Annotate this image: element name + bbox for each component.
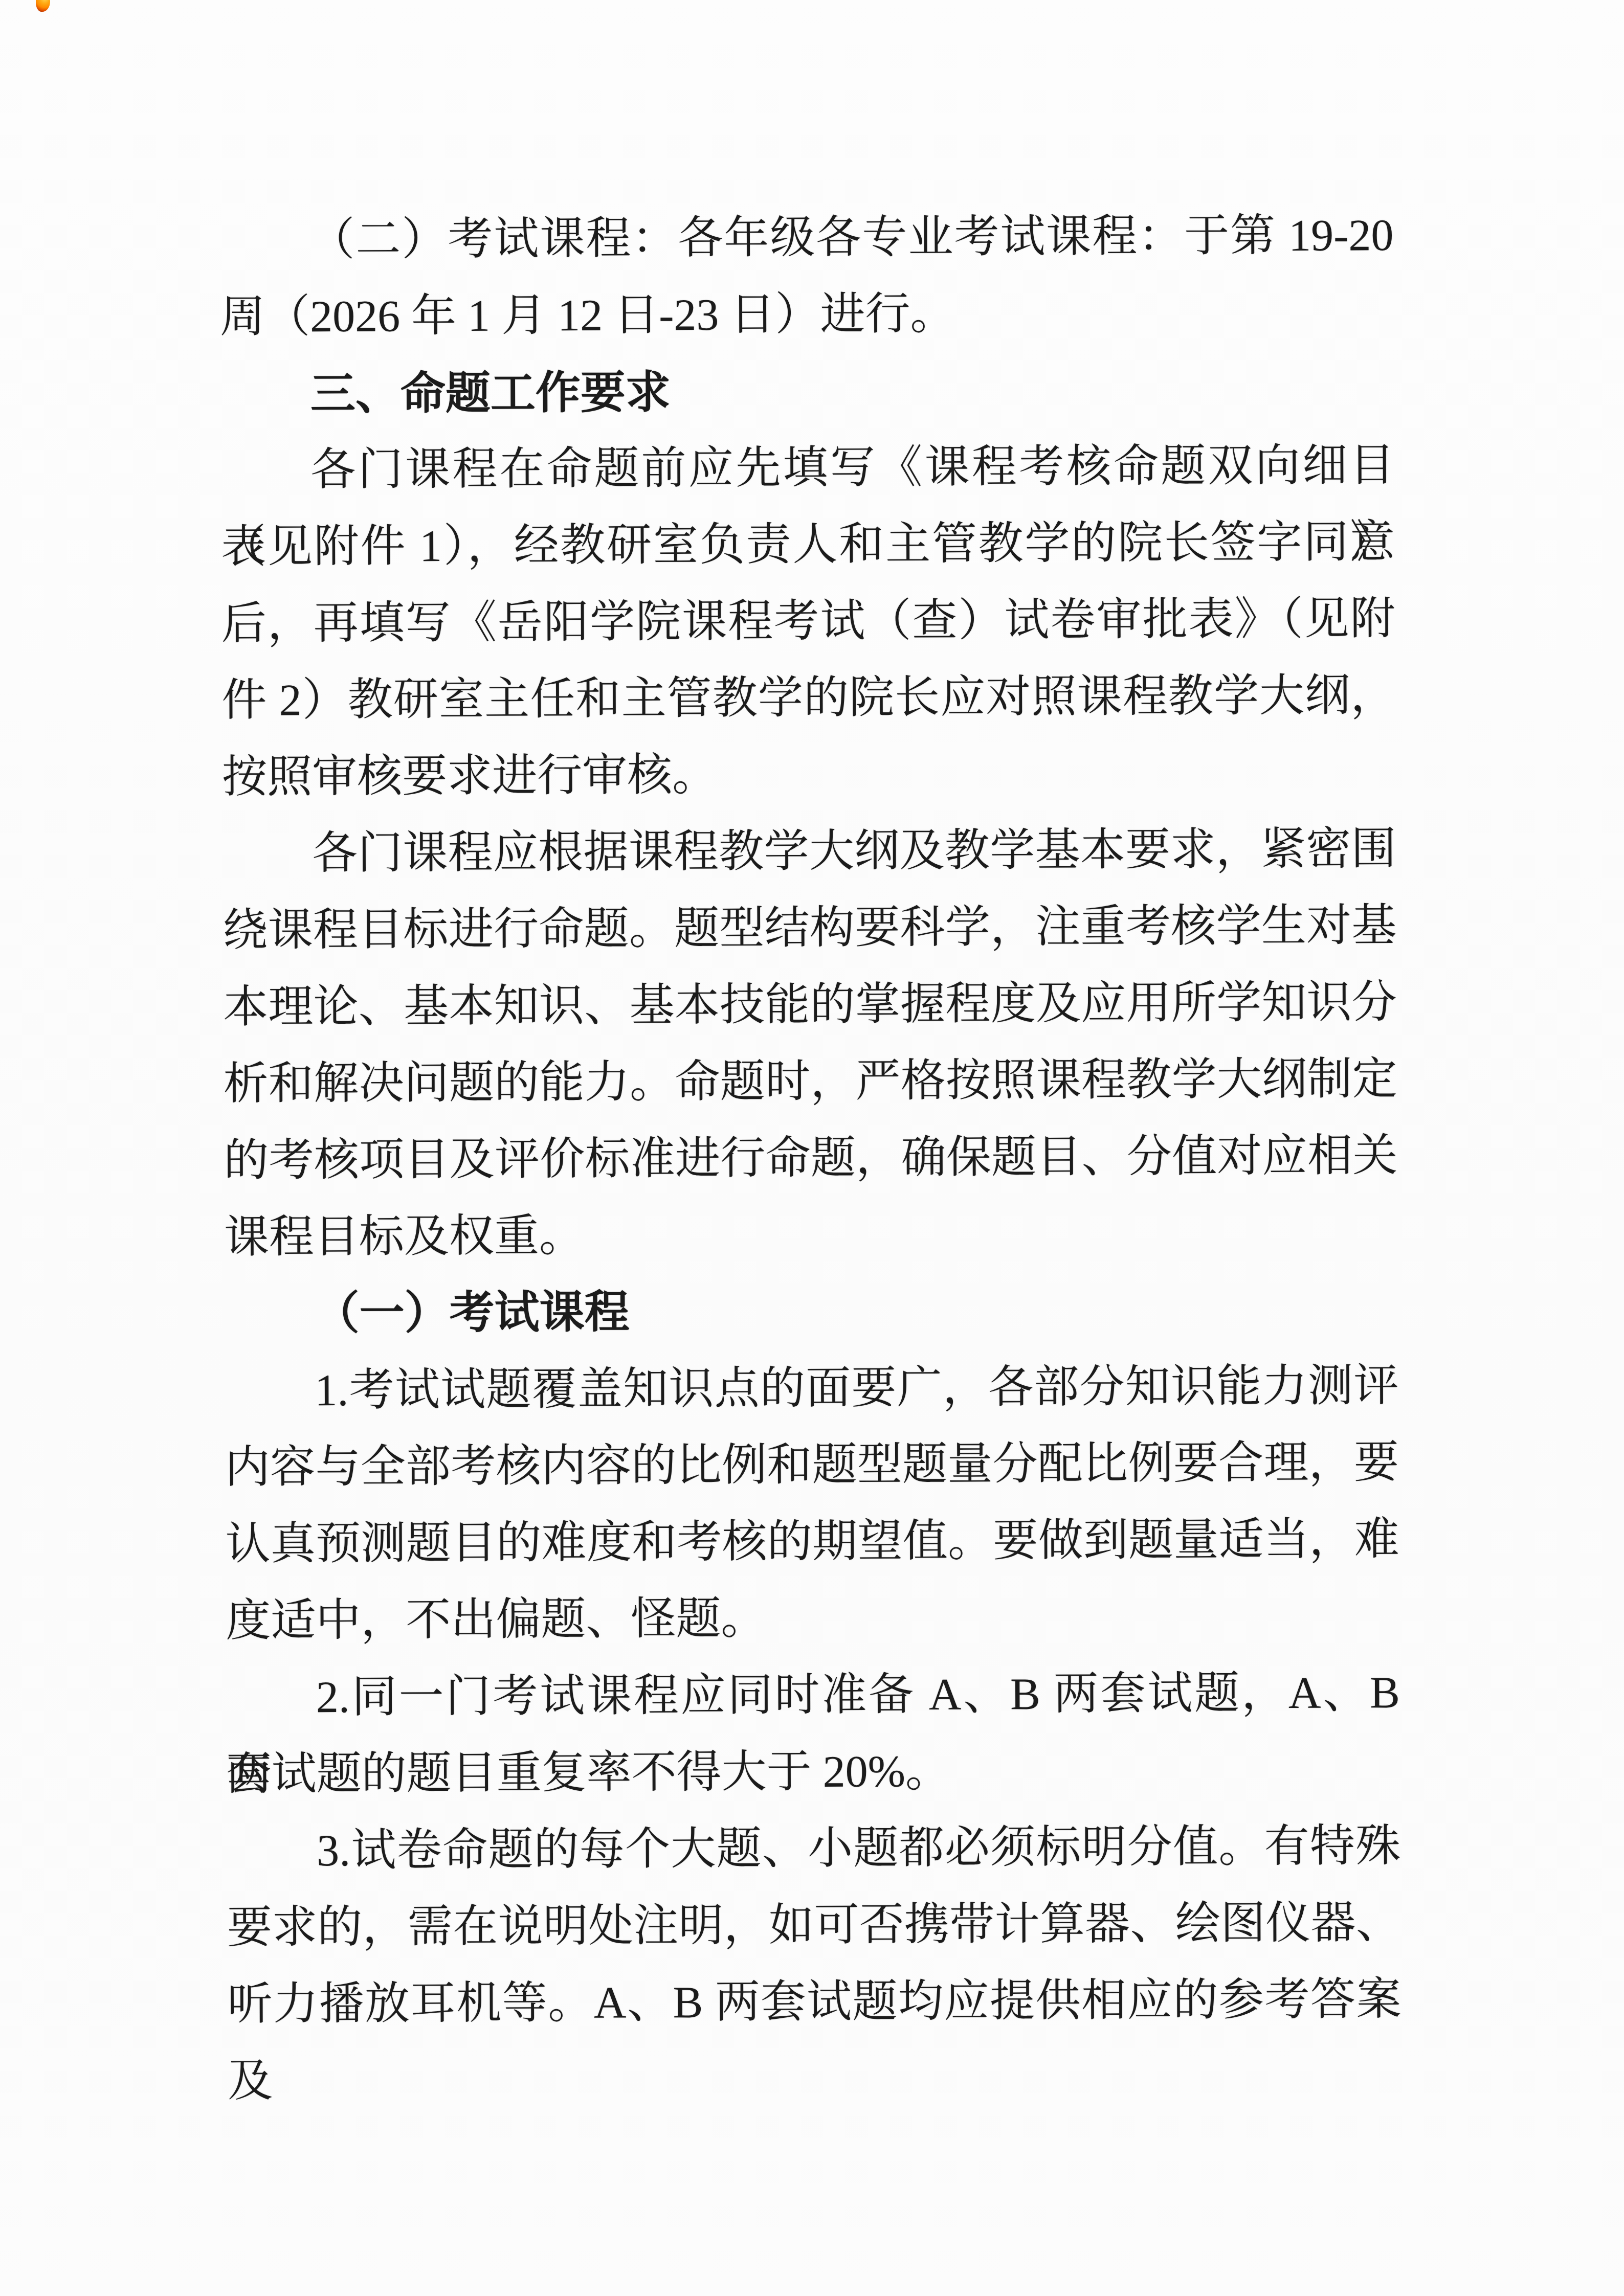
scanned-document-page: （二）考试课程：各年级各专业考试课程：于第 19-20 周（2026 年 1 月… [0,0,1624,2296]
text-line: （二）考试课程：各年级各专业考试课程：于第 19-20 [219,197,1394,279]
text-line: 析和解决问题的能力。命题时，严格按照课程教学大纲制定 [223,1041,1397,1123]
text-line: 套试题的题目重复率不得大于 20%。 [226,1731,1400,1813]
text-line: 内容与全部考核内容的比例和题型题量分配比例要合理，要 [225,1425,1399,1506]
text-line: 周（2026 年 1 月 12 日-23 日）进行。 [220,274,1394,356]
text-line: 2.同一门考试课程应同时准备 A、B 两套试题，A、B 两 [226,1655,1400,1737]
text-line: 听力播放耳机等。A、B 两套试题均应提供相应的参考答案及 [227,1962,1401,2043]
text-line: 按照审核要求进行审核。 [222,734,1396,816]
text-line: 各门课程应根据课程教学大纲及教学基本要求，紧密围 [222,811,1396,893]
section-heading-line: 三、命题工作要求 [220,351,1394,433]
text-line: 认真预测题目的难度和考核的期望值。要做到题量适当，难 [225,1501,1399,1583]
text-line: 后，再填写《岳阳学院课程考试（查）试卷审批表》（见附 [221,581,1395,663]
text-line: 绕课程目标进行命题。题型结构要科学，注重考核学生对基 [223,888,1397,970]
document-body: （二）考试课程：各年级各专业考试课程：于第 19-20 周（2026 年 1 月… [219,197,1401,2043]
red-seal-fragment-icon [36,0,50,12]
text-line: 各门课程在命题前应先填写《课程考核命题双向细目表》 [220,427,1395,509]
text-line: 的考核项目及评价标准进行命题，确保题目、分值对应相关 [224,1118,1398,1200]
text-line: 件 2）教研室主任和主管教学的院长应对照课程教学大纲， [221,658,1396,739]
text-line: 要求的，需在说明处注明，如可否携带计算器、绘图仪器、 [227,1885,1401,1967]
text-line: 课程目标及权重。 [224,1195,1398,1276]
text-line: 本理论、基本知识、基本技能的掌握程度及应用所学知识分 [223,964,1397,1046]
text-line: 1.考试试题覆盖知识点的面要广，各部分知识能力测评 [225,1348,1399,1430]
text-line: 3.试卷命题的每个大题、小题都必须标明分值。有特殊 [227,1808,1401,1890]
text-line: 度适中，不出偏题、怪题。 [226,1578,1400,1660]
section-heading-line: （一）考试课程 [224,1271,1398,1353]
text-line: （见附件 1），经教研室负责人和主管教学的院长签字同意 [221,504,1395,586]
